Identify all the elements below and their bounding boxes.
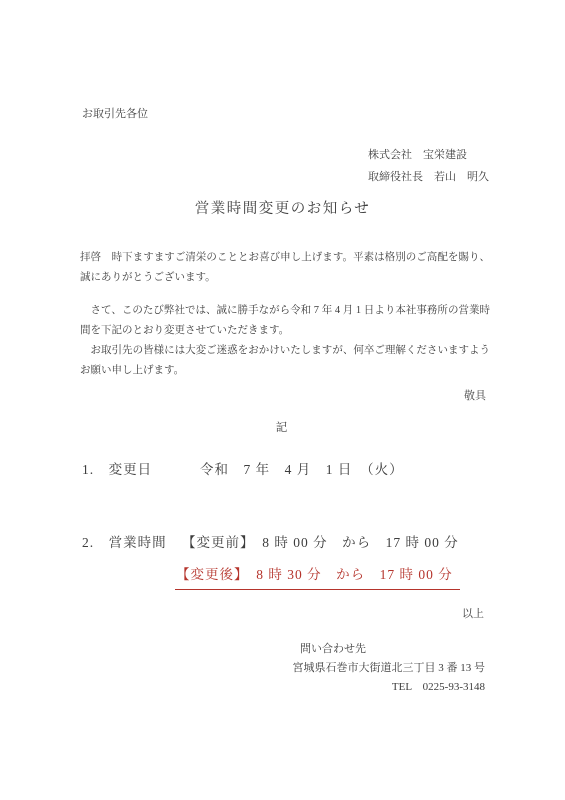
business-hours-item: 2. 営業時間【変更前】 8 時 00 分 から 17 時 00 分 [82, 531, 459, 551]
greeting-paragraph: 拝啓 時下ますますご清栄のこととお喜び申し上げます。平素は格別のご高配を賜り、誠… [80, 248, 490, 288]
closing-word: 敬具 [464, 387, 486, 403]
president-name: 取締役社長 若山 明久 [368, 166, 489, 188]
document-page: お取引先各位 株式会社 宝栄建設 取締役社長 若山 明久 営業時間変更のお知らせ… [0, 0, 565, 800]
change-date-value: 令和 7 年 4 月 1 日 （火） [200, 462, 404, 477]
end-word: 以上 [462, 605, 484, 621]
contact-heading: 問い合わせ先 [300, 640, 366, 656]
business-hours-label: 2. 営業時間 [82, 531, 182, 551]
change-date-label: 1. 変更日 [82, 458, 200, 478]
hours-after-value: 【変更後】 8 時 30 分 から 17 時 00 分 [175, 563, 460, 590]
notice-heading: 記 [0, 419, 565, 435]
contact-tel: TEL 0225-93-3148 [392, 678, 485, 694]
sender-block: 株式会社 宝栄建設 取締役社長 若山 明久 [368, 144, 489, 188]
request-paragraph: お取引先の皆様には大変ご迷惑をおかけいたしますが、何卒ご理解くださいますようお願… [80, 341, 490, 381]
body-text: 拝啓 時下ますますご清栄のこととお喜び申し上げます。平素は格別のご高配を賜り、誠… [80, 248, 490, 381]
main-paragraph: さて、このたび弊社では、誠に勝手ながら令和 7 年 4 月 1 日より本社事務所… [80, 301, 490, 341]
document-title: 営業時間変更のお知らせ [0, 197, 565, 218]
contact-address: 宮城県石巻市大街道北三丁目 3 番 13 号 [293, 659, 486, 675]
hours-before-value: 【変更前】 8 時 00 分 から 17 時 00 分 [182, 535, 459, 550]
company-name: 株式会社 宝栄建設 [368, 144, 489, 166]
change-date-item: 1. 変更日令和 7 年 4 月 1 日 （火） [82, 458, 404, 478]
recipient-line: お取引先各位 [82, 105, 148, 121]
